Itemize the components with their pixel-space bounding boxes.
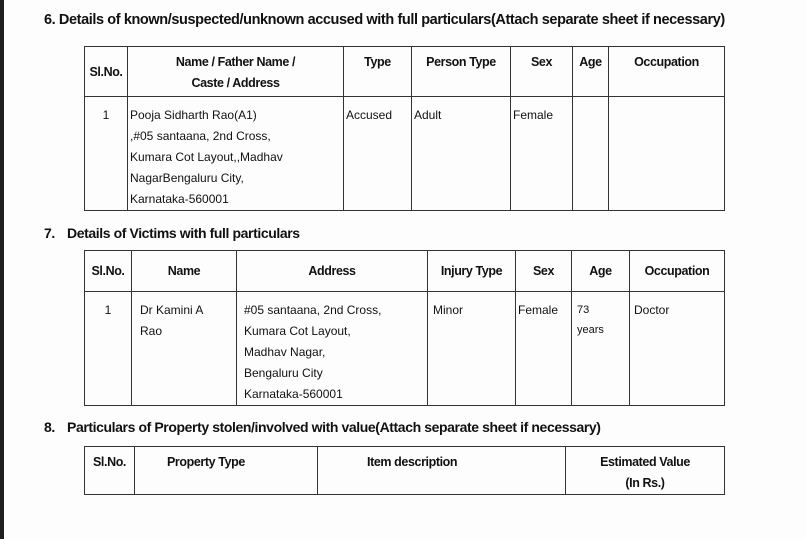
col-header-slno: Sl.No. [85,47,128,97]
col-header-type: Type [344,47,412,97]
table-header-row: Sl.No. Name / Father Name / Caste / Addr… [85,47,725,97]
col-header-sex: Sex [516,251,572,292]
col-header-property-type: Property Type [135,447,318,495]
cell-injury-type: Minor [428,292,516,406]
section-7-heading: 7.Details of Victims with full particula… [44,225,300,241]
cell-slno: 1 [85,97,128,211]
window-edge [0,0,4,539]
cell-type: Accused [344,97,412,211]
col-header-name-line1: Name / Father Name / [128,47,343,73]
col-header-occupation: Occupation [630,251,725,292]
victims-table: Sl.No. Name Address Injury Type Sex Age … [84,250,725,406]
cell-address: #05 santaana, 2nd Cross, Kumara Cot Layo… [237,292,428,406]
col-header-sex: Sex [511,47,573,97]
cell-name: Dr Kamini A Rao [132,292,237,406]
cell-age [573,97,609,211]
cell-sex: Female [516,292,572,406]
cell-slno: 1 [85,292,132,406]
cell-occupation [609,97,725,211]
cell-person-type: Adult [412,97,511,211]
col-header-name: Name [132,251,237,292]
col-header-slno: Sl.No. [85,447,135,495]
col-header-person-type: Person Type [412,47,511,97]
section-8-heading: 8.Particulars of Property stolen/involve… [44,419,601,435]
col-header-item-description: Item description [318,447,566,495]
cell-age: 73 years [572,292,630,406]
col-header-name: Name / Father Name / Caste / Address [128,47,344,97]
col-header-name-line2: Caste / Address [128,73,343,94]
table-header-row: Sl.No. Property Type Item description Es… [85,447,725,495]
table-row: 1 Pooja Sidharth Rao(A1) ,#05 santaana, … [85,97,725,211]
cell-occupation: Doctor [630,292,725,406]
col-header-address: Address [237,251,428,292]
col-header-injury-type: Injury Type [428,251,516,292]
property-table: Sl.No. Property Type Item description Es… [84,446,725,495]
table-row: 1 Dr Kamini A Rao #05 santaana, 2nd Cros… [85,292,725,406]
cell-name-address: Pooja Sidharth Rao(A1) ,#05 santaana, 2n… [128,97,344,211]
col-header-estimated-value: Estimated Value (In Rs.) [566,447,725,495]
section-6-heading: 6. Details of known/suspected/unknown ac… [44,12,725,28]
table-header-row: Sl.No. Name Address Injury Type Sex Age … [85,251,725,292]
cell-sex: Female [511,97,573,211]
col-header-slno: Sl.No. [85,251,132,292]
col-header-occupation: Occupation [609,47,725,97]
col-header-age: Age [573,47,609,97]
accused-table: Sl.No. Name / Father Name / Caste / Addr… [84,46,725,211]
col-header-age: Age [572,251,630,292]
